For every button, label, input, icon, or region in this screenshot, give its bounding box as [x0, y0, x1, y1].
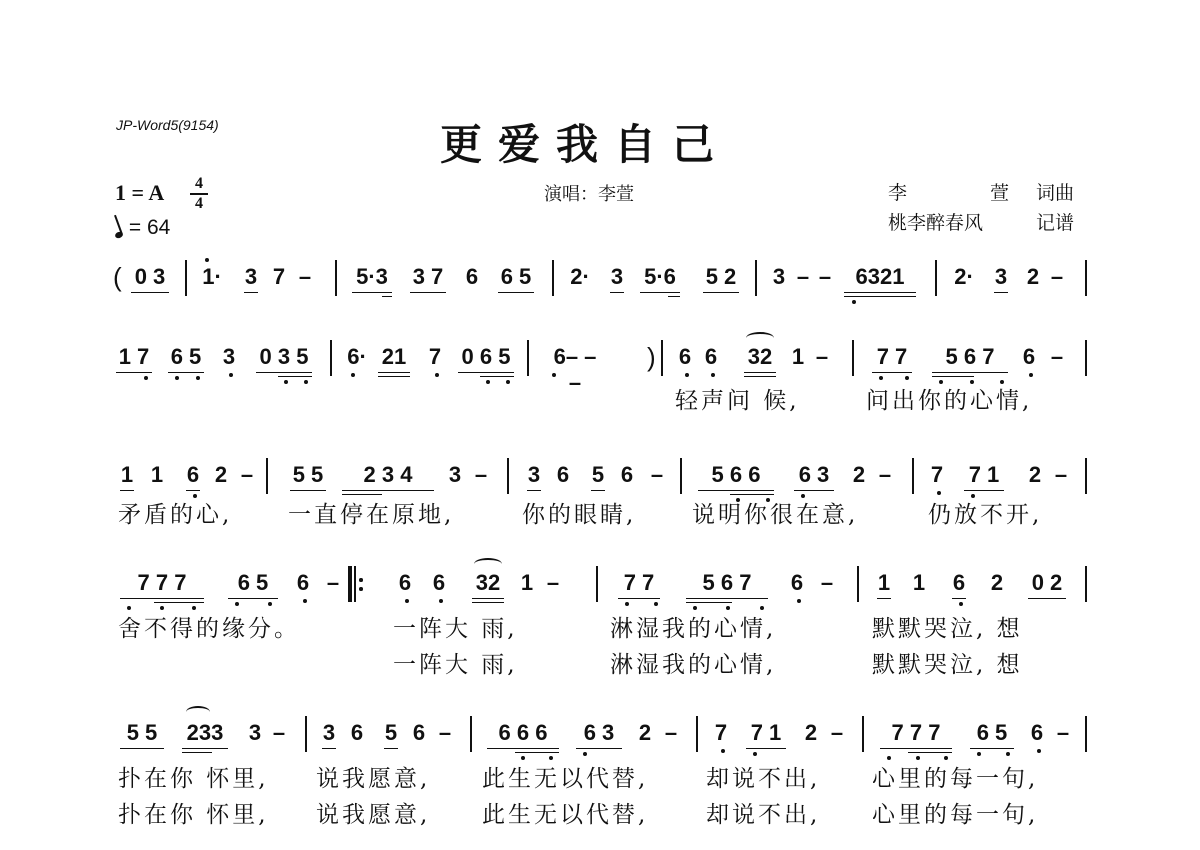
underline-eighth: [872, 372, 912, 373]
note-digits: 2: [638, 720, 652, 746]
note-digits: 7 1: [746, 720, 786, 746]
note-group: –: [650, 462, 664, 502]
note-group: 1: [791, 344, 805, 384]
underline-eighth: [618, 598, 660, 599]
note-group: 7: [428, 344, 442, 384]
note-digits: 6·: [345, 344, 369, 370]
barline: [470, 716, 472, 752]
low-octave-dot: [405, 599, 409, 603]
repeat-start-sign: [348, 566, 362, 602]
underline-sixteenth: [378, 376, 410, 377]
note-digits: –: [438, 720, 452, 746]
note-digits: 2: [990, 570, 1004, 596]
note-digits: 6: [556, 462, 570, 488]
note-digits: 2 3 4: [342, 462, 434, 488]
barline: [857, 566, 859, 602]
underline-eighth: [168, 372, 204, 373]
note-digits: 2: [1028, 462, 1042, 488]
underline-sixteenth: [182, 752, 212, 753]
underline-sixteenth: [480, 376, 514, 377]
note-group: 6 3: [576, 720, 622, 760]
note-digits: –: [546, 570, 560, 596]
note-digits: 32: [744, 344, 776, 370]
note-digits: 7: [714, 720, 728, 746]
underline-eighth: [576, 748, 622, 749]
note-group: –: [546, 570, 560, 610]
note-group: 0 6 5: [458, 344, 514, 384]
low-octave-dot: [439, 599, 443, 603]
note-group: 5·6: [640, 264, 680, 304]
note-digits: –: [664, 720, 678, 746]
note-group: 7 7: [872, 344, 912, 384]
note-digits: 7 7 7: [120, 570, 204, 596]
underline-sixteenth: [154, 602, 204, 603]
note-digits: 5 5: [120, 720, 164, 746]
barline: [527, 340, 529, 376]
lyric-line: 问出你的心情,: [866, 382, 1032, 415]
note-group: –: [664, 720, 678, 760]
barline: [661, 340, 663, 376]
note-group: –: [438, 720, 452, 760]
note-group: 2·: [951, 264, 977, 304]
barline: [1085, 566, 1087, 602]
barline: [305, 716, 307, 752]
lyric-line: 舍不得的缘分。: [118, 610, 300, 643]
note-group: 6: [1022, 344, 1036, 384]
repeat-part: [348, 566, 352, 602]
note-digits: 3: [244, 264, 258, 290]
barline: [1085, 260, 1087, 296]
barline: [852, 340, 854, 376]
note-group: 2: [1026, 264, 1040, 304]
underline-sixteenth: [278, 376, 312, 377]
lyric-line: 此生无以代替,: [482, 760, 648, 793]
note-digits: 5 2: [703, 264, 739, 290]
note-group: 5: [384, 720, 398, 760]
note-digits: –: [1050, 344, 1064, 370]
underline-eighth: [527, 490, 541, 491]
underline-sixteenth: [382, 296, 392, 297]
lyric-line: 淋湿我的心情,: [610, 610, 776, 643]
note-digits: 6: [678, 344, 692, 370]
score-system: (0 31·37–5·33 766 52·35·65 23––63212·32–: [0, 264, 1200, 304]
underline-eighth: [384, 748, 398, 749]
note-group: 6 5: [498, 264, 534, 304]
low-octave-dot: [753, 752, 757, 756]
key-signature: 1 = A: [115, 180, 164, 206]
note-group: 6: [412, 720, 426, 760]
note-group: 2: [990, 570, 1004, 610]
barline: [266, 458, 268, 494]
note-group: 6: [678, 344, 692, 384]
low-octave-dot: [654, 602, 658, 606]
note-digits: 1 7: [116, 344, 152, 370]
note-group: 0 2: [1028, 570, 1066, 610]
repeat-part: [359, 587, 363, 591]
underline-eighth: [352, 292, 392, 293]
score-system: 1 76 530 3 56·2170 6 56– – –)66321–7 75 …: [0, 344, 1200, 384]
score-system: 7 7 76 56–66321–7 75 6 76–11620 2: [0, 570, 1200, 610]
underline-sixteenth: [908, 752, 952, 753]
underline-eighth: [228, 598, 278, 599]
note-group: 3: [772, 264, 786, 304]
note-group: 3: [248, 720, 262, 760]
lyric-line: 仍放不开,: [928, 496, 1042, 529]
underline-eighth: [844, 292, 916, 293]
low-octave-dot: [625, 602, 629, 606]
note-group: 6 6 6: [487, 720, 559, 760]
singer-credit: 演唱：李萱: [544, 180, 634, 206]
note-digits: –: [830, 720, 844, 746]
note-group: 6: [398, 570, 412, 610]
note-group: –: [272, 720, 286, 760]
note-group: 5 6 7: [686, 570, 768, 610]
note-group: –: [1050, 264, 1064, 304]
note-digits: 1: [520, 570, 534, 596]
barline: [552, 260, 554, 296]
low-octave-dot: [852, 300, 856, 304]
note-group: 1·: [200, 264, 224, 304]
underline-eighth: [744, 372, 776, 373]
underline-sixteenth: [932, 376, 974, 377]
note-digits: –: [474, 462, 488, 488]
note-group: 5·3: [352, 264, 392, 304]
note-digits: 5: [384, 720, 398, 746]
time-signature-numerator: 4: [190, 176, 208, 192]
note-group: 7 7 7: [880, 720, 952, 760]
transcriber-name: 桃李醉春风: [888, 208, 983, 235]
underline-eighth: [970, 748, 1014, 749]
note-digits: 0 3: [131, 264, 169, 290]
note-group: 2: [804, 720, 818, 760]
note-group: 0 3 5: [256, 344, 312, 384]
note-digits: 3: [610, 264, 624, 290]
note-group: –: [820, 570, 834, 610]
slur-arc: [746, 332, 774, 344]
note-digits: 21: [378, 344, 410, 370]
note-digits: 6: [465, 264, 479, 290]
underline-eighth: [498, 292, 534, 293]
lyric-line: 默默哭泣, 想: [872, 610, 1023, 643]
note-digits: 0 3 5: [256, 344, 312, 370]
note-digits: 3 7: [410, 264, 446, 290]
note-digits: –: [820, 570, 834, 596]
note-digits: 3: [527, 462, 541, 488]
note-group: –: [298, 264, 312, 304]
note-group: 7 1: [746, 720, 786, 760]
note-digits: 3: [222, 344, 236, 370]
low-octave-dot: [977, 752, 981, 756]
note-digits: 5·3: [352, 264, 392, 290]
underline-eighth: [244, 292, 258, 293]
song-title: 更爱我自己: [440, 112, 730, 172]
barline: [862, 716, 864, 752]
note-digits: 7 7: [872, 344, 912, 370]
underline-eighth: [1028, 598, 1066, 599]
note-group: 6– – –: [545, 344, 605, 384]
note-digits: 5: [591, 462, 605, 488]
note-digits: –: [1050, 264, 1064, 290]
low-octave-dot: [268, 602, 272, 606]
note-group: 3: [244, 264, 258, 304]
note-group: 1: [912, 570, 926, 610]
note-digits: 6 5: [228, 570, 278, 596]
underline-eighth: [120, 490, 134, 491]
underline-eighth: [746, 748, 786, 749]
note-group: 1: [520, 570, 534, 610]
time-signature: 4 4: [190, 176, 208, 212]
note-digits: 5 5: [290, 462, 326, 488]
low-octave-dot: [721, 749, 725, 753]
note-group: 6: [350, 720, 364, 760]
note-group: 32: [472, 570, 504, 610]
score-system: 5 52333–3656–6 6 66 32–77 12–7 7 76 56–: [0, 720, 1200, 760]
note-digits: 6: [432, 570, 446, 596]
lyric-line: 一阵大 雨,: [393, 610, 518, 643]
barline: [1085, 340, 1087, 376]
barline: [596, 566, 598, 602]
barline: [935, 260, 937, 296]
composer-role: 词曲: [1036, 178, 1074, 205]
low-octave-dot: [879, 376, 883, 380]
note-group: 3: [322, 720, 336, 760]
composer-name-1: 李: [888, 178, 907, 205]
underline-eighth: [877, 598, 891, 599]
underline-eighth: [256, 372, 312, 373]
note-group: 3 7: [410, 264, 446, 304]
underline-eighth: [472, 598, 504, 599]
lyric-line: 心里的每一句,: [872, 796, 1038, 829]
underline-eighth: [964, 490, 1004, 491]
note-digits: 3: [772, 264, 786, 290]
lyric-line: 淋湿我的心情,: [610, 646, 776, 679]
barline: [912, 458, 914, 494]
low-octave-dot: [196, 376, 200, 380]
note-group: 6321: [844, 264, 916, 304]
note-group: 6 5: [168, 344, 204, 384]
low-octave-dot: [685, 373, 689, 377]
low-octave-dot: [937, 491, 941, 495]
note-digits: 1: [150, 462, 164, 488]
barline: [680, 458, 682, 494]
note-group: –: [818, 264, 832, 304]
low-octave-dot: [797, 599, 801, 603]
note-digits: 1: [912, 570, 926, 596]
barline: [335, 260, 337, 296]
repeat-part: [354, 566, 356, 602]
note-group: 6: [465, 264, 479, 304]
note-digits: 233: [182, 720, 228, 746]
note-group: 32: [744, 344, 776, 384]
note-group: –: [815, 344, 829, 384]
note-digits: –: [815, 344, 829, 370]
note-digits: –: [240, 462, 254, 488]
barline: [185, 260, 187, 296]
note-group: 6: [704, 344, 718, 384]
note-digits: –: [326, 570, 340, 596]
note-digits: 6: [186, 462, 200, 488]
note-group: 21: [378, 344, 410, 384]
software-label: JP-Word5(9154): [116, 117, 219, 133]
note-group: 3: [222, 344, 236, 384]
note-group: 6: [296, 570, 310, 610]
note-digits: 2: [1026, 264, 1040, 290]
note-group: 1 7: [116, 344, 152, 384]
note-digits: 7 7: [618, 570, 660, 596]
note-group: –: [878, 462, 892, 502]
note-digits: 0 6 5: [458, 344, 514, 370]
low-octave-dot: [486, 380, 490, 384]
note-digits: 6: [704, 344, 718, 370]
underline-eighth: [794, 490, 834, 491]
note-group: 7 7 7: [120, 570, 204, 610]
underline-eighth: [120, 598, 204, 599]
note-digits: 6: [952, 570, 966, 596]
underline-eighth: [994, 292, 1008, 293]
lyric-line: 说明你很在意,: [692, 496, 858, 529]
low-octave-dot: [175, 376, 179, 380]
underline-eighth: [378, 372, 410, 373]
note-group: 7: [714, 720, 728, 760]
note-group: 7: [272, 264, 286, 304]
note-digits: 32: [472, 570, 504, 596]
note-digits: 2·: [567, 264, 593, 290]
note-group: 2·: [567, 264, 593, 304]
lyric-line: 矛盾的心,: [118, 496, 232, 529]
note-digits: 5·6: [640, 264, 680, 290]
note-digits: –: [272, 720, 286, 746]
underline-eighth: [116, 372, 152, 373]
lyric-line: 轻声问 候,: [675, 382, 800, 415]
note-group: –: [240, 462, 254, 502]
slur-arc: [474, 558, 502, 570]
note-digits: –: [818, 264, 832, 290]
note-group: 3: [994, 264, 1008, 304]
note-digits: 6: [1030, 720, 1044, 746]
barline: [755, 260, 757, 296]
underline-sixteenth: [730, 494, 774, 495]
note-digits: 6 6 6: [487, 720, 559, 746]
note-digits: –: [298, 264, 312, 290]
lyric-line: 默默哭泣, 想: [872, 646, 1023, 679]
note-digits: 3: [248, 720, 262, 746]
low-octave-dot: [435, 373, 439, 377]
parenthesis: ): [647, 342, 656, 373]
quarter-note-icon: [114, 231, 124, 239]
barline: [330, 340, 332, 376]
note-group: 6·: [345, 344, 369, 384]
note-digits: 6: [350, 720, 364, 746]
low-octave-dot: [235, 602, 239, 606]
low-octave-dot: [351, 373, 355, 377]
parenthesis: (: [113, 262, 122, 293]
note-digits: 6 5: [970, 720, 1014, 746]
note-digits: 2: [214, 462, 228, 488]
note-group: 6: [432, 570, 446, 610]
low-octave-dot: [304, 380, 308, 384]
note-digits: 7 1: [964, 462, 1004, 488]
underline-sixteenth: [668, 296, 680, 297]
note-group: 5 2: [703, 264, 739, 304]
underline-sixteenth: [686, 602, 732, 603]
note-group: –: [474, 462, 488, 502]
low-octave-dot: [144, 376, 148, 380]
low-octave-dot: [905, 376, 909, 380]
high-octave-dot: [205, 258, 209, 262]
note-digits: 0 2: [1028, 570, 1066, 596]
note-digits: 6: [398, 570, 412, 596]
note-digits: 7 7 7: [880, 720, 952, 746]
low-octave-dot: [303, 599, 307, 603]
note-group: 2: [638, 720, 652, 760]
lyric-line: 你的眼睛,: [522, 496, 636, 529]
note-digits: –: [796, 264, 810, 290]
note-digits: 1: [877, 570, 891, 596]
barline: [696, 716, 698, 752]
low-octave-dot: [552, 373, 556, 377]
low-octave-dot: [506, 380, 510, 384]
underline-eighth: [640, 292, 680, 293]
barline: [1085, 458, 1087, 494]
underline-eighth: [686, 598, 768, 599]
note-digits: 6– – –: [545, 344, 605, 396]
low-octave-dot: [959, 602, 963, 606]
underline-sixteenth: [844, 296, 916, 297]
underline-sixteenth: [515, 752, 559, 753]
note-digits: 5 6 6: [698, 462, 774, 488]
underline-eighth: [182, 748, 228, 749]
note-group: –: [796, 264, 810, 304]
note-group: 6: [1030, 720, 1044, 760]
low-octave-dot: [1006, 752, 1010, 756]
note-digits: 2·: [951, 264, 977, 290]
underline-eighth: [131, 292, 169, 293]
note-digits: 6 3: [576, 720, 622, 746]
note-digits: 7: [930, 462, 944, 488]
note-group: 6: [790, 570, 804, 610]
note-digits: 7: [428, 344, 442, 370]
underline-eighth: [880, 748, 952, 749]
lyric-line: 却说不出,: [706, 796, 820, 829]
low-octave-dot: [229, 373, 233, 377]
repeat-part: [359, 578, 363, 582]
underline-eighth: [610, 292, 624, 293]
tempo-marking: = 64: [115, 216, 170, 240]
lyric-line: 扑在你 怀里,: [118, 796, 269, 829]
underline-eighth: [458, 372, 514, 373]
note-digits: 6: [790, 570, 804, 596]
underline-eighth: [322, 748, 336, 749]
underline-eighth: [952, 598, 966, 599]
note-digits: 6: [620, 462, 634, 488]
note-group: –: [326, 570, 340, 610]
barline: [1085, 716, 1087, 752]
note-digits: 2: [804, 720, 818, 746]
note-group: 6 5: [970, 720, 1014, 760]
note-digits: –: [650, 462, 664, 488]
lyric-line: 此生无以代替,: [482, 796, 648, 829]
note-digits: 6: [296, 570, 310, 596]
low-octave-dot: [711, 373, 715, 377]
lyric-line: 却说不出,: [706, 760, 820, 793]
note-group: 0 3: [131, 264, 169, 304]
tempo-value: = 64: [129, 216, 170, 239]
underline-eighth: [703, 292, 739, 293]
note-digits: 3: [448, 462, 462, 488]
underline-eighth: [290, 490, 326, 491]
slur-arc: [186, 706, 210, 718]
lyric-line: 扑在你 怀里,: [118, 760, 269, 793]
